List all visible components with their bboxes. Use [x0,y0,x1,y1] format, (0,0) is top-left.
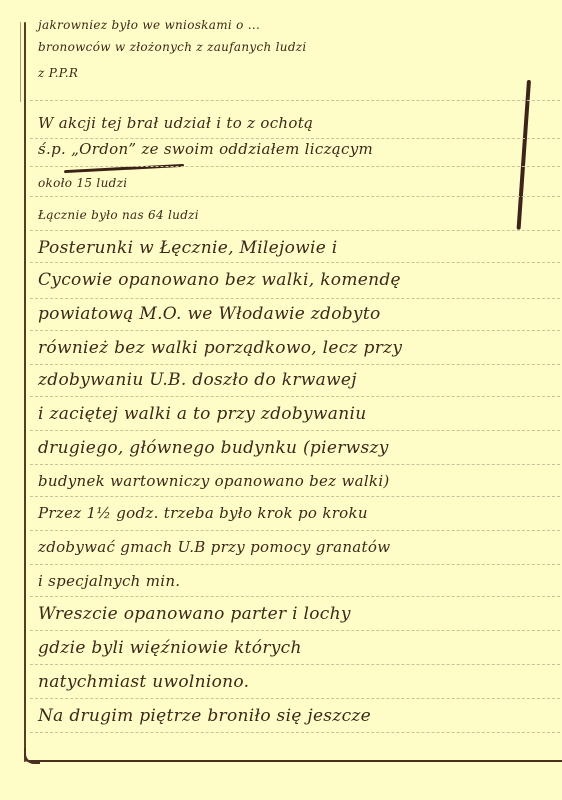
left-margin-line [24,22,26,762]
manuscript-line-8: Posterunki w Łęcznie, Milejowie i [38,238,338,258]
ruled-line [30,430,560,431]
manuscript-line-19: Wreszcie opanowano parter i lochy [38,604,351,624]
manuscript-page: jakrowniez było we wnioskami o ... brono… [0,0,562,800]
right-margin-pen-stroke [517,80,531,230]
ruled-line [30,530,560,531]
ruled-line [30,630,560,631]
manuscript-line-18: i specjalnych min. [38,572,180,590]
manuscript-line-15: budynek wartowniczy opanowano bez walki) [38,472,390,490]
manuscript-line-21: natychmiast uwolniono. [38,672,249,692]
manuscript-line-5: ś.p. „Ordon” ze swoim oddziałem liczącym [38,140,373,158]
manuscript-line-4: W akcji tej brał udział i to z ochotą [38,114,313,132]
manuscript-line-9: Cycowie opanowano bez walki, komendę [38,270,401,290]
ruled-line [30,138,560,139]
ruled-line [30,664,560,665]
manuscript-line-16: Przez 1½ godz. trzeba było krok po kroku [38,504,368,522]
left-margin-inner-line [20,22,21,102]
manuscript-line-6: około 15 ludzi [38,176,127,190]
ruled-line [30,464,560,465]
manuscript-line-1: jakrowniez było we wnioskami o ... [38,18,260,32]
ruled-line [30,396,560,397]
ruled-line [30,596,560,597]
ruled-line [30,330,560,331]
ruled-line [30,364,560,365]
ruled-line [30,230,560,231]
ruled-line [30,298,560,299]
ruled-line [30,496,560,497]
ruled-line [30,100,560,101]
manuscript-line-7: Łącznie było nas 64 ludzi [38,208,199,222]
manuscript-line-22: Na drugim piętrze broniło się jeszcze [38,706,371,726]
ruled-line [30,732,560,733]
ruled-line [30,196,560,197]
bottom-border-line [26,760,562,762]
manuscript-line-12: zdobywaniu U.B. doszło do krwawej [38,370,357,390]
manuscript-line-11: również bez walki porządkowo, lecz przy [38,338,402,358]
ruled-line [30,698,560,699]
ruled-line [30,166,560,167]
manuscript-line-17: zdobywać gmach U.B przy pomocy granatów [38,538,390,556]
manuscript-line-2: bronowców w złożonych z zaufanych ludzi [38,40,307,54]
manuscript-line-20: gdzie byli więźniowie których [38,638,302,658]
manuscript-line-3: z P.P.R [38,66,78,80]
ruled-line [30,564,560,565]
manuscript-line-14: drugiego, głównego budynku (pierwszy [38,438,389,458]
manuscript-line-13: i zaciętej walki a to przy zdobywaniu [38,404,366,424]
ruled-line [30,262,560,263]
manuscript-line-10: powiatową M.O. we Włodawie zdobyto [38,304,381,324]
